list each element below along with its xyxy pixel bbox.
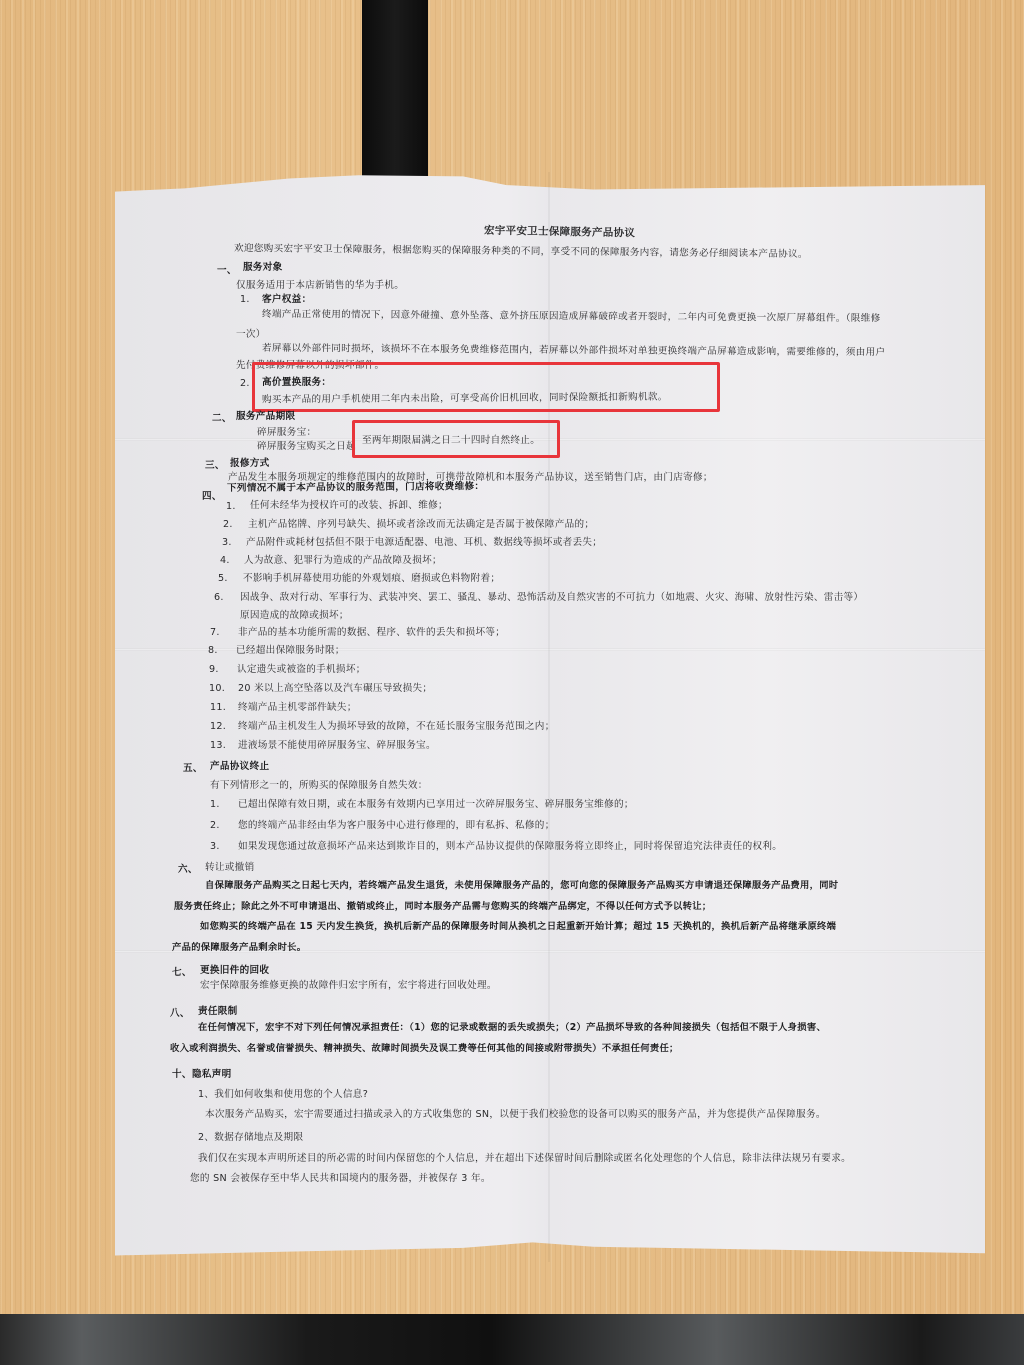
item-number: 2. — [240, 378, 250, 389]
list-item: 20 米以上高空坠落以及汽车碾压导致损失； — [238, 680, 432, 694]
list-item-continuation: 原因造成的故障或损坏； — [240, 607, 349, 621]
section-text: 自保障服务产品购买之日起七天内，若终端产品发生退货，未使用保障服务产品的，您可向… — [205, 877, 838, 891]
section-heading: 下列情况不属于本产品协议的服务范围，门店将收费维修： — [227, 478, 484, 494]
item-number: 8. — [208, 645, 218, 656]
item-number: 1. — [240, 294, 250, 305]
list-item: 终端产品主机发生人为损坏导致的故障，不在延长服务宝服务范围之内； — [238, 718, 555, 732]
item-number: 13. — [210, 740, 226, 751]
section-text: 服务责任终止；除此之外不可申请退出、撤销或终止，同时本服务产品需与您购买的终端产… — [174, 898, 711, 912]
document-title: 宏宇平安卫士保障服务产品协议 — [484, 223, 635, 241]
item-number: 3. — [210, 841, 220, 852]
section-heading: 服务产品期限 — [236, 408, 295, 422]
list-item: 因战争、敌对行动、军事行为、武装冲突、罢工、骚乱、暴动、恐怖活动及自然灾害的不可… — [240, 589, 863, 603]
red-highlight-box — [352, 420, 560, 458]
item-number: 9. — [209, 664, 219, 675]
list-item: 已超出保障有效日期，或在本服务有效期内已享用过一次碎屏服务宝、碎屏服务宝维修的； — [238, 796, 634, 810]
list-item: 如果发现您通过故意损坏产品来达到欺诈目的，则本产品协议提供的保障服务将立即终止，… — [238, 838, 782, 852]
item-number: 12. — [210, 721, 226, 732]
item-number: 5. — [218, 573, 228, 584]
section-number: 四、 — [202, 488, 222, 502]
section-text: 产品的保障服务产品剩余时长。 — [172, 939, 306, 953]
section-heading: 责任限制 — [198, 1003, 238, 1017]
section-heading: 隐私声明 — [192, 1066, 232, 1080]
section-number: 十、 — [172, 1066, 192, 1080]
list-item: 认定遗失或被盗的手机损坏； — [237, 661, 366, 675]
list-item: 人为故意、犯罪行为造成的产品故障及损坏； — [244, 552, 442, 566]
section-number: 二、 — [212, 410, 232, 424]
section-text: 宏宇保障服务维修更换的故障件归宏宇所有，宏宇将进行回收处理。 — [200, 977, 497, 991]
red-highlight-box — [252, 362, 720, 412]
list-item: 不影响手机屏幕使用功能的外观划痕、磨损或色料物附着； — [243, 570, 500, 584]
privacy-subheading: 2、数据存储地点及期限 — [198, 1129, 303, 1143]
item-number: 6. — [214, 592, 224, 603]
item-number: 1. — [210, 799, 220, 810]
item-number: 4. — [220, 555, 230, 566]
item-number: 10. — [209, 683, 225, 694]
section-text: 在任何情况下，宏宇不对下列任何情况承担责任：（1）您的记录或数据的丢失或损失；（… — [198, 1019, 826, 1033]
list-item: 产品附件或耗材包括但不限于电源适配器、电池、耳机、数据线等损坏或者丢失； — [246, 534, 602, 548]
list-item: 主机产品铭牌、序列号缺失、损坏或者涂改而无法确定是否属于被保障产品的； — [248, 516, 594, 530]
section-text: 收入或利润损失、名誉或信誉损失、精神损失、故障时间损失及误工费等任何其他的间接或… — [170, 1040, 679, 1054]
section-text: 您的 SN 会被保存至中华人民共和国境内的服务器，并被保存 3 年。 — [190, 1170, 491, 1184]
list-item: 终端产品主机零部件缺失； — [238, 699, 357, 713]
section-text: 碎屏服务宝： — [257, 424, 316, 438]
section-heading: 更换旧件的回收 — [200, 962, 269, 976]
floor-shadow — [0, 1314, 1024, 1365]
item-number: 2. — [223, 519, 233, 530]
list-item: 已经超出保障服务时限； — [236, 642, 345, 656]
section-heading: 服务对象 — [243, 259, 283, 273]
privacy-question: 1、我们如何收集和使用您的个人信息? — [198, 1086, 368, 1100]
section-number: 八、 — [170, 1005, 190, 1019]
item-number: 3. — [222, 537, 232, 548]
list-item: 您的终端产品非经由华为客户服务中心进行修理的，即有私拆、私修的； — [238, 817, 555, 831]
section-text: 仅服务适用于本店新销售的华为手机。 — [236, 277, 404, 291]
list-item: 进液场景不能使用碎屏服务宝、碎屏服务宝。 — [238, 737, 436, 751]
section-text: 如您购买的终端产品在 15 天内发生换货，换机后新产品的保障服务时间从换机之日起… — [200, 918, 836, 932]
section-text: 碎屏服务宝购买之日起 — [257, 438, 356, 452]
section-number: 六、 — [178, 861, 198, 875]
section-text: 一次） — [236, 326, 266, 340]
paper-fold — [548, 172, 550, 1262]
section-heading: 产品协议终止 — [210, 758, 269, 772]
section-number: 五、 — [183, 760, 203, 774]
section-number: 七、 — [172, 964, 192, 978]
section-heading: 报修方式 — [230, 455, 270, 469]
list-item: 非产品的基本功能所需的数据、程序、软件的丢失和损坏等； — [238, 624, 505, 638]
item-number: 11. — [210, 702, 226, 713]
section-lead: 有下列情形之一的，所购买的保障服务自然失效： — [210, 777, 428, 791]
item-number: 7. — [210, 627, 220, 638]
subheading: 客户权益： — [262, 291, 311, 305]
item-number: 2. — [210, 820, 220, 831]
item-number: 1. — [226, 501, 236, 512]
section-heading: 转让或撤销 — [205, 859, 254, 873]
list-item: 任何未经华为授权许可的改装、拆卸、维修； — [250, 497, 448, 511]
section-number: 三、 — [205, 457, 225, 471]
section-number: 一、 — [217, 262, 237, 276]
section-text: 本次服务产品购买，宏宇需要通过扫描或录入的方式收集您的 SN，以便于我们校验您的… — [205, 1106, 826, 1120]
section-text: 我们仅在实现本声明所述目的所必需的时间内保留您的个人信息，并在超出下述保留时间后… — [198, 1150, 851, 1164]
